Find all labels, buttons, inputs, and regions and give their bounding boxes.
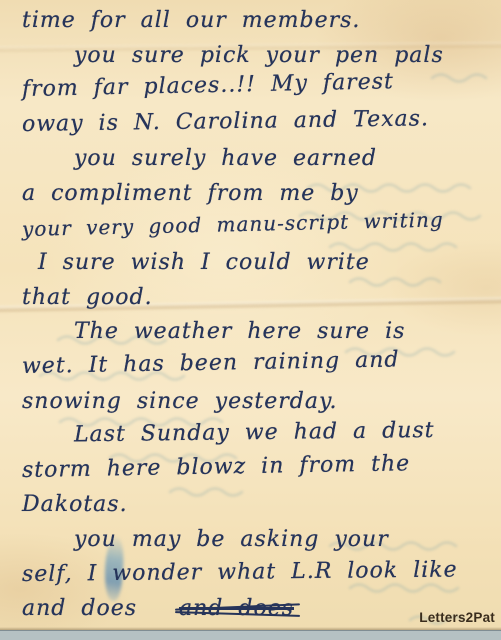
struck-out-text: and does (179, 596, 294, 621)
scanner-background-strip (0, 630, 501, 640)
letter-line: Dakotas. (22, 488, 491, 523)
line-text: you surely have earned (74, 146, 377, 171)
line-text: that good. (22, 285, 153, 310)
letter-line: you surely have earned (22, 142, 491, 177)
line-text: storm here blowz in from the (22, 451, 411, 483)
line-text: from far places..!! My farest (22, 69, 394, 102)
line-text: you may be asking your (74, 527, 389, 552)
watermark-label: Letters2Pat (419, 610, 495, 625)
letter-line: oway is N. Carolina and Texas. (22, 101, 491, 142)
line-text: Last Sunday we had a dust (74, 418, 435, 447)
scanned-letter-page: time for all our members. you sure pick … (0, 0, 501, 640)
line-text: you sure pick your pen pals (74, 43, 444, 68)
line-text: The weather here sure is (74, 319, 405, 344)
letter-line: storm here blowz in from the (22, 446, 492, 489)
letter-line: I sure wish I could write (22, 246, 491, 281)
line-text: Dakotas. (22, 492, 128, 517)
line-text: wet. It has been raining and (22, 347, 400, 379)
letter-line: time for all our members. (22, 4, 491, 39)
line-text: a compliment from me by (22, 181, 359, 206)
line-text: your very good manu-script writing (22, 207, 444, 241)
line-text: self, I wonder what L.R look like (22, 557, 458, 587)
letter-lines: time for all our members. you sure pick … (22, 4, 491, 627)
line-text: I sure wish I could write (38, 250, 370, 275)
line-text: oway is N. Carolina and Texas. (22, 106, 429, 137)
letter-line: wet. It has been raining and (22, 342, 492, 385)
line-text: time for all our members. (22, 8, 360, 33)
line-text: snowing since yesterday. (22, 389, 337, 414)
letter-line: self, I wonder what L.R look like (22, 553, 491, 593)
letter-line: that good. (22, 281, 491, 316)
line-text: and does (22, 596, 137, 621)
letter-line: you may be asking your (22, 523, 491, 558)
